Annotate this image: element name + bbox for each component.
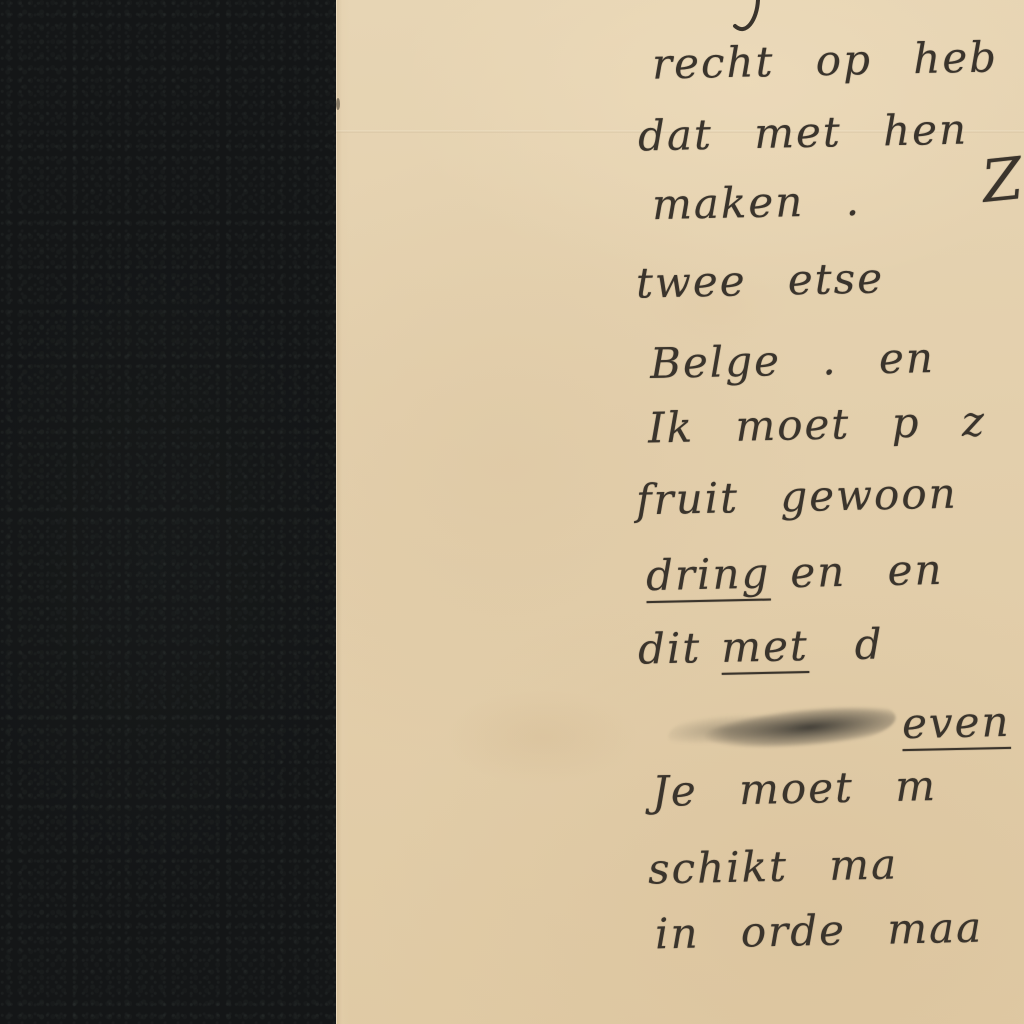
handwriting-word: dit <box>638 623 702 673</box>
handwriting-line: in orde maa <box>655 903 984 959</box>
underlined-word: even <box>901 697 1011 748</box>
handwriting-fragment-right-edge: Z <box>979 144 1024 216</box>
paper-edge-speck <box>336 98 340 110</box>
handwriting-word: d <box>854 619 884 669</box>
handwriting-line: even <box>901 697 1011 748</box>
handwriting-line: Je moet m <box>652 761 938 816</box>
handwriting-line: twee etse <box>636 253 885 307</box>
cutoff-descender-stroke <box>724 0 784 42</box>
handwriting-line: dringen en <box>646 545 944 600</box>
underlined-word: dring <box>646 549 771 601</box>
handwriting-line: schikt ma <box>648 839 899 893</box>
underlined-word: met <box>721 621 810 672</box>
handwriting-line: fruit gewoon <box>636 469 959 525</box>
handwriting-line: recht op heb <box>652 32 999 88</box>
handwriting-line: ditmetd <box>638 619 885 673</box>
handwriting-word: maken . <box>652 176 862 229</box>
handwriting-line: dat met hen <box>638 105 969 161</box>
handwriting-line: Ik moet p z <box>648 396 987 452</box>
handwriting-line: maken . <box>652 176 862 229</box>
handwriting-word: en en <box>790 545 944 597</box>
handwriting-line: Belge . en <box>650 333 936 388</box>
